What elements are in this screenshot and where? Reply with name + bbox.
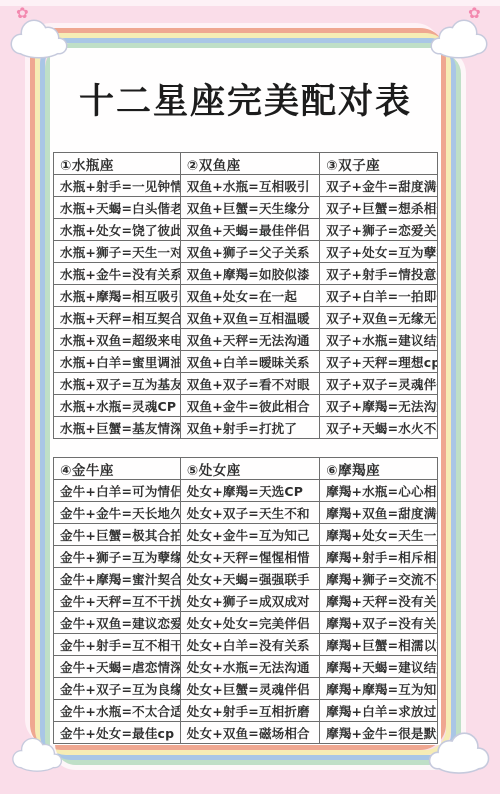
table-row: 水瓶+双鱼=超级来电双鱼+天秤=无法沟通双子+水瓶=建议结婚 — [54, 329, 438, 351]
flower-doodle-icon: ✿ — [468, 4, 481, 22]
pairing-cell: 水瓶+处女=饶了彼此 — [54, 219, 181, 241]
pairing-cell: 金牛+处女=最佳cp — [54, 722, 181, 744]
pairing-cell: 双子+摩羯=无法沟通 — [320, 395, 438, 417]
pairing-cell: 金牛+白羊=可为情侣 — [54, 480, 181, 502]
pairing-cell: 金牛+金牛=天长地久 — [54, 502, 181, 524]
pairing-cell: 处女+狮子=成双成对 — [180, 590, 319, 612]
page-title: 十二星座完美配对表 — [50, 78, 441, 126]
table-row: 金牛+天蝎=虐恋情深处女+水瓶=无法沟通摩羯+天蝎=建议结婚 — [54, 656, 438, 678]
pairing-cell: 处女+巨蟹=灵魂伴侣 — [180, 678, 319, 700]
table-row: 水瓶+天秤=相互契合双鱼+双鱼=互相温暖双子+双鱼=无缘无分 — [54, 307, 438, 329]
table-row: 水瓶+狮子=天生一对双鱼+狮子=父子关系双子+处女=互为孽缘 — [54, 241, 438, 263]
column-header: ①水瓶座 — [54, 153, 181, 175]
pairing-cell: 水瓶+白羊=蜜里调油 — [54, 351, 181, 373]
content-card: 十二星座完美配对表 ①水瓶座②双鱼座③双子座水瓶+射手=一见钟情双鱼+水瓶=互相… — [50, 48, 441, 745]
pairing-cell: 水瓶+水瓶=灵魂CP — [54, 395, 181, 417]
pairing-cell: 处女+摩羯=天选CP — [180, 480, 319, 502]
pairing-cell: 摩羯+巨蟹=相濡以沫 — [320, 634, 438, 656]
column-header: ⑤处女座 — [180, 458, 319, 480]
table-row: 水瓶+处女=饶了彼此双鱼+天蝎=最佳伴侣双子+狮子=恋爱关系 — [54, 219, 438, 241]
pairing-cell: 双鱼+狮子=父子关系 — [180, 241, 319, 263]
table-header-row: ①水瓶座②双鱼座③双子座 — [54, 153, 438, 175]
table-row: 金牛+双鱼=建议恋爱处女+处女=完美伴侣摩羯+双子=没有关系 — [54, 612, 438, 634]
pairing-cell: 双子+白羊=一拍即合 — [320, 285, 438, 307]
pairing-cell: 水瓶+双鱼=超级来电 — [54, 329, 181, 351]
pairing-cell: 双子+天秤=理想cp — [320, 351, 438, 373]
pairing-cell: 双鱼+处女=在一起 — [180, 285, 319, 307]
zodiac-table-lower: ④金牛座⑤处女座⑥摩羯座金牛+白羊=可为情侣处女+摩羯=天选CP摩羯+水瓶=心心… — [53, 457, 438, 744]
pairing-cell: 水瓶+巨蟹=基友情深 — [54, 417, 181, 439]
pairing-cell: 双鱼+水瓶=互相吸引 — [180, 175, 319, 197]
table-row: 金牛+巨蟹=极其合拍处女+金牛=互为知己摩羯+处女=天生一对 — [54, 524, 438, 546]
table-row: 金牛+水瓶=不太合适处女+射手=互相折磨摩羯+白羊=求放过 — [54, 700, 438, 722]
table-row: 金牛+射手=互不相干处女+白羊=没有关系摩羯+巨蟹=相濡以沫 — [54, 634, 438, 656]
pairing-cell: 处女+射手=互相折磨 — [180, 700, 319, 722]
pairing-cell: 摩羯+白羊=求放过 — [320, 700, 438, 722]
pairing-cell: 双鱼+巨蟹=天生缘分 — [180, 197, 319, 219]
table-row: 金牛+摩羯=蜜汁契合处女+天蝎=强强联手摩羯+狮子=交流不来 — [54, 568, 438, 590]
pairing-cell: 水瓶+天蝎=白头偕老 — [54, 197, 181, 219]
pairing-cell: 双鱼+摩羯=如胶似漆 — [180, 263, 319, 285]
pairing-cell: 处女+天蝎=强强联手 — [180, 568, 319, 590]
table-header-row: ④金牛座⑤处女座⑥摩羯座 — [54, 458, 438, 480]
pairing-cell: 摩羯+摩羯=互为知己 — [320, 678, 438, 700]
pairing-cell: 处女+天秤=惺惺相惜 — [180, 546, 319, 568]
table-row: 金牛+金牛=天长地久处女+双子=天生不和摩羯+双鱼=甜度满分 — [54, 502, 438, 524]
table-row: 水瓶+天蝎=白头偕老双鱼+巨蟹=天生缘分双子+巨蟹=想杀相爱 — [54, 197, 438, 219]
pairing-cell: 双鱼+天蝎=最佳伴侣 — [180, 219, 319, 241]
pairing-cell: 水瓶+天秤=相互契合 — [54, 307, 181, 329]
pairing-cell: 双鱼+白羊=暧昧关系 — [180, 351, 319, 373]
pairing-cell: 双子+金牛=甜度满分 — [320, 175, 438, 197]
pairing-cell: 双子+狮子=恋爱关系 — [320, 219, 438, 241]
pairing-cell: 摩羯+水瓶=心心相印 — [320, 480, 438, 502]
flower-doodle-icon: ✿ — [16, 4, 29, 22]
pairing-cell: 摩羯+天秤=没有关系 — [320, 590, 438, 612]
pairing-cell: 金牛+射手=互不相干 — [54, 634, 181, 656]
table-row: 金牛+处女=最佳cp处女+双鱼=磁场相合摩羯+金牛=很是默契 — [54, 722, 438, 744]
pairing-cell: 金牛+狮子=互为孽缘 — [54, 546, 181, 568]
pairing-cell: 双子+水瓶=建议结婚 — [320, 329, 438, 351]
pairing-cell: 水瓶+射手=一见钟情 — [54, 175, 181, 197]
pairing-cell: 摩羯+金牛=很是默契 — [320, 722, 438, 744]
column-header: ⑥摩羯座 — [320, 458, 438, 480]
pairing-cell: 摩羯+双鱼=甜度满分 — [320, 502, 438, 524]
pairing-cell: 双鱼+双子=看不对眼 — [180, 373, 319, 395]
pairing-cell: 双子+双子=灵魂伴侣 — [320, 373, 438, 395]
pairing-cell: 双鱼+金牛=彼此相合 — [180, 395, 319, 417]
table-row: 金牛+双子=互为良缘处女+巨蟹=灵魂伴侣摩羯+摩羯=互为知己 — [54, 678, 438, 700]
pairing-cell: 摩羯+狮子=交流不来 — [320, 568, 438, 590]
page: ✿ ✿ 十二星座完美配对表 ①水瓶座②双鱼座③双子座水瓶+射手=一见钟情双鱼+水… — [0, 0, 500, 794]
pairing-cell: 双子+处女=互为孽缘 — [320, 241, 438, 263]
pairing-cell: 处女+双鱼=磁场相合 — [180, 722, 319, 744]
cloud-icon — [424, 726, 492, 776]
pairing-cell: 金牛+双子=互为良缘 — [54, 678, 181, 700]
pairing-cell: 金牛+巨蟹=极其合拍 — [54, 524, 181, 546]
pairing-cell: 处女+金牛=互为知己 — [180, 524, 319, 546]
column-header: ②双鱼座 — [180, 153, 319, 175]
pairing-cell: 双子+双鱼=无缘无分 — [320, 307, 438, 329]
pairing-cell: 摩羯+天蝎=建议结婚 — [320, 656, 438, 678]
table-row: 金牛+白羊=可为情侣处女+摩羯=天选CP摩羯+水瓶=心心相印 — [54, 480, 438, 502]
pairing-cell: 金牛+水瓶=不太合适 — [54, 700, 181, 722]
pairing-cell: 水瓶+金牛=没有关系 — [54, 263, 181, 285]
pairing-cell: 摩羯+处女=天生一对 — [320, 524, 438, 546]
pairing-cell: 双子+巨蟹=想杀相爱 — [320, 197, 438, 219]
pairing-cell: 双鱼+射手=打扰了 — [180, 417, 319, 439]
table-row: 水瓶+双子=互为基友双鱼+双子=看不对眼双子+双子=灵魂伴侣 — [54, 373, 438, 395]
pairing-cell: 金牛+天蝎=虐恋情深 — [54, 656, 181, 678]
pairing-cell: 处女+白羊=没有关系 — [180, 634, 319, 656]
table-row: 水瓶+白羊=蜜里调油双鱼+白羊=暧昧关系双子+天秤=理想cp — [54, 351, 438, 373]
pairing-cell: 水瓶+摩羯=相互吸引 — [54, 285, 181, 307]
pairing-cell: 处女+水瓶=无法沟通 — [180, 656, 319, 678]
pairing-cell: 双鱼+双鱼=互相温暖 — [180, 307, 319, 329]
pairing-cell: 金牛+摩羯=蜜汁契合 — [54, 568, 181, 590]
zodiac-table-upper: ①水瓶座②双鱼座③双子座水瓶+射手=一见钟情双鱼+水瓶=互相吸引双子+金牛=甜度… — [53, 152, 438, 439]
pairing-cell: 双子+射手=情投意合 — [320, 263, 438, 285]
table-row: 金牛+天秤=互不干扰处女+狮子=成双成对摩羯+天秤=没有关系 — [54, 590, 438, 612]
pairing-cell: 金牛+双鱼=建议恋爱 — [54, 612, 181, 634]
pairing-cell: 水瓶+双子=互为基友 — [54, 373, 181, 395]
table-row: 金牛+狮子=互为孽缘处女+天秤=惺惺相惜摩羯+射手=相斥相吸 — [54, 546, 438, 568]
table-row: 水瓶+摩羯=相互吸引双鱼+处女=在一起双子+白羊=一拍即合 — [54, 285, 438, 307]
pairing-cell: 摩羯+双子=没有关系 — [320, 612, 438, 634]
pairing-cell: 双鱼+天秤=无法沟通 — [180, 329, 319, 351]
table-row: 水瓶+水瓶=灵魂CP双鱼+金牛=彼此相合双子+摩羯=无法沟通 — [54, 395, 438, 417]
pairing-cell: 处女+处女=完美伴侣 — [180, 612, 319, 634]
table-row: 水瓶+射手=一见钟情双鱼+水瓶=互相吸引双子+金牛=甜度满分 — [54, 175, 438, 197]
pairing-cell: 金牛+天秤=互不干扰 — [54, 590, 181, 612]
table-row: 水瓶+金牛=没有关系双鱼+摩羯=如胶似漆双子+射手=情投意合 — [54, 263, 438, 285]
table-row: 水瓶+巨蟹=基友情深双鱼+射手=打扰了双子+天蝎=水火不容 — [54, 417, 438, 439]
top-highlight-band — [0, 0, 500, 6]
column-header: ④金牛座 — [54, 458, 181, 480]
cloud-icon — [10, 732, 66, 774]
pairing-cell: 处女+双子=天生不和 — [180, 502, 319, 524]
pairing-cell: 水瓶+狮子=天生一对 — [54, 241, 181, 263]
pairing-cell: 双子+天蝎=水火不容 — [320, 417, 438, 439]
pairing-cell: 摩羯+射手=相斥相吸 — [320, 546, 438, 568]
column-header: ③双子座 — [320, 153, 438, 175]
